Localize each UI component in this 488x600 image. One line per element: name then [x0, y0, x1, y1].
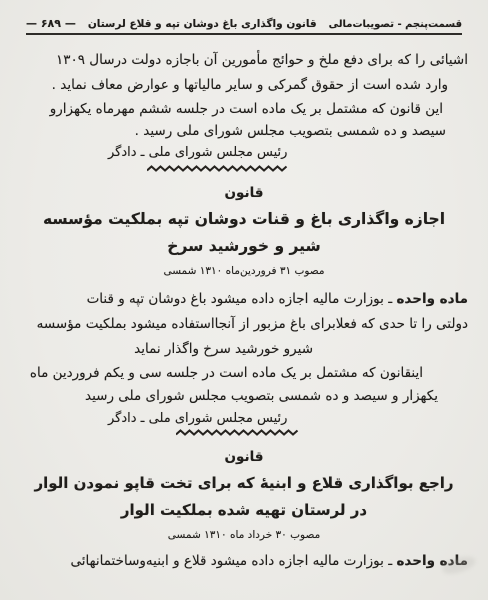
page-header: قسمت‌پنجم - تصویبات‌مالی قانون واگذاری ب… — [26, 17, 462, 30]
law-ratification-line: یکهزار و سیصد و ده شمسی بتصویب مجلس شورا… — [48, 385, 468, 408]
law-title-line: اجازه واگذاری باغ و قنات دوشان تپه بملکی… — [34, 208, 454, 230]
speaker-signature: رئیس مجلس شورای ملی ـ دادگر — [48, 144, 468, 162]
law-title-line: در لرستان تهیه شده بملکیت الوار — [34, 498, 454, 522]
article-text: ـ بوزارت مالیه اجازه داده میشود باغ دوشا… — [87, 291, 397, 307]
prev-law-ratification-line: این قانون که مشتمل بر یک ماده است در جلس… — [48, 98, 468, 120]
single-article: ماده واحده ـ بوزارت مالیه اجازه داده میش… — [48, 550, 468, 572]
single-article: ماده واحده ـ بوزارت مالیه اجازه داده میش… — [48, 287, 468, 362]
header-page-number: — ۶۸۹ — — [26, 17, 76, 30]
header-rule — [26, 33, 462, 35]
law-ratification-line: اینقانون که مشتمل بر یک ماده است در جلسه… — [48, 362, 468, 385]
article-text: شیرو خورشید سرخ واگذار نماید — [48, 337, 468, 362]
approval-date-line: مصوب ۳۱ فروردین‌ماه ۱۳۱۰ شمسی — [34, 264, 454, 279]
law-kicker: قانون — [34, 447, 454, 467]
speaker-signature: رئیس مجلس شورای ملی ـ دادگر — [48, 410, 468, 428]
article-label: ماده واحده — [396, 291, 468, 307]
prev-law-body-line: وارد شده است از حقوق گمرکی و سایر مالیات… — [48, 73, 468, 98]
prev-law-ratification-line: سیصد و ده شمسی بتصویب مجلس شورای ملی رسی… — [48, 120, 468, 142]
prev-law-body-line: اشیائی را که برای دفع ملخ و حوائج مأموری… — [48, 48, 468, 73]
squiggle-divider — [8, 165, 428, 174]
law-kicker: قانون — [34, 183, 454, 203]
law-title-line: راجع بواگذاری قلاع و ابنیهٔ که برای تخت … — [34, 472, 454, 494]
article-text: دولتی را تا حدی که فعلابرای باغ مزبور از… — [48, 312, 468, 337]
scanned-document-page: قسمت‌پنجم - تصویبات‌مالی قانون واگذاری ب… — [0, 0, 488, 600]
law-title-line: شیر و خورشید سرخ — [34, 234, 454, 258]
approval-date-line: مصوب ۳۰ خرداد ماه ۱۳۱۰ شمسی — [34, 528, 454, 543]
header-section-label: قسمت‌پنجم - تصویبات‌مالی — [329, 19, 462, 30]
header-running-title: قانون واگذاری باغ دوشان تپه و قلاع لرستا… — [88, 18, 317, 30]
page-body: اشیائی را که برای دفع ملخ و حوائج مأموری… — [48, 48, 468, 572]
article-text: ـ بوزارت مالیه اجازه داده میشود قلاع و ا… — [71, 553, 397, 569]
squiggle-divider — [28, 429, 448, 438]
